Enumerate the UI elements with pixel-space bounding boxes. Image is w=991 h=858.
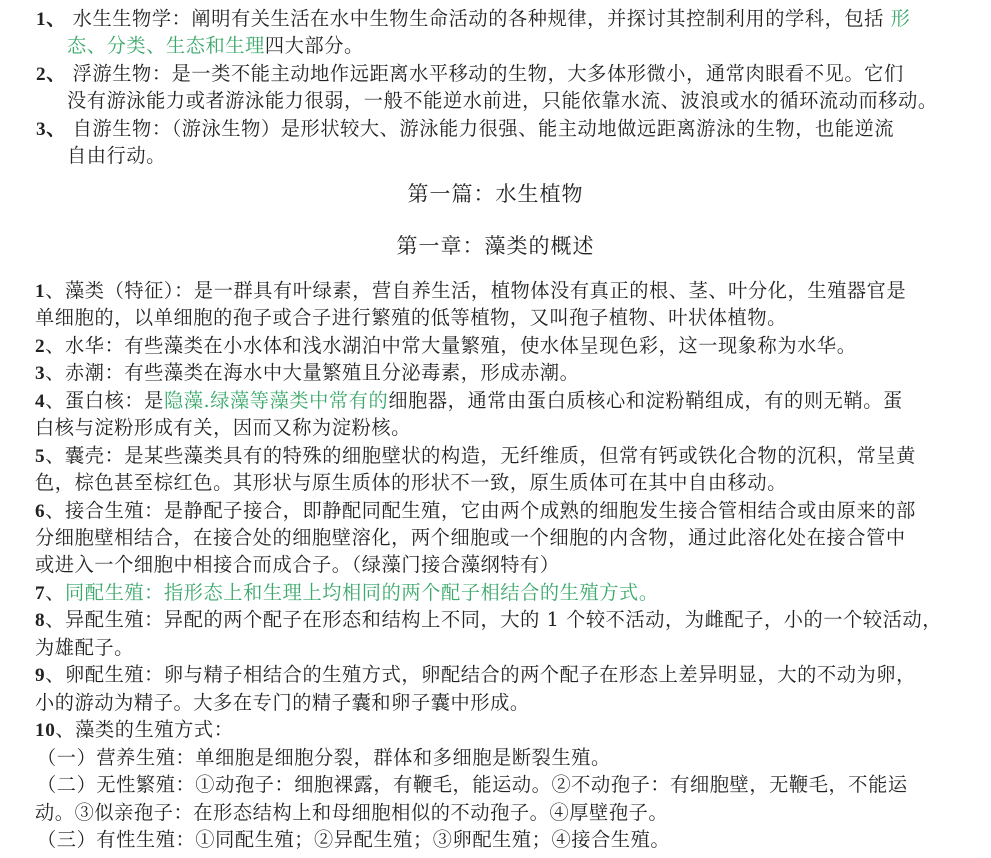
definition-1-line-1: 1、藻类（特征）：是一群具有叶绿素，营自养生活，植物体没有真正的根、茎、叶分化，… [35, 278, 906, 305]
item-number: 3、 [36, 119, 66, 140]
highlight-text: 态、分类、生态和生理 [67, 34, 265, 57]
text-run: 、异配生殖：异配的两个配子在形态和结构上不同，大的 1 个较不活动，为雌配子，小… [45, 608, 942, 631]
definition-9-line-1: 9、卵配生殖：卵与精子相结合的生殖方式，卵配结合的两个配子在形态上差异明显，大的… [35, 662, 916, 689]
text-run: 色，棕色甚至棕红色。其形状与原生质体的形状不一致，原生质体可在其中自由移动。 [35, 471, 787, 494]
text-run: 自游生物：（游泳生物）是形状较大、游泳能力很强、能主动地做远距离游泳的生物，也能… [66, 117, 894, 140]
intro-item-2-line-2: 没有游泳能力或者游泳能力很弱，一般不能逆水前进，只能依靠水流、波浪或水的循环流动… [67, 88, 938, 114]
text-run: 、赤潮：有些藻类在海水中大量繁殖且分泌毒素，形成赤潮。 [45, 361, 579, 384]
text-run: 白核与淀粉形成有关，因而又称为淀粉核。 [35, 416, 411, 439]
text-run: 、 [45, 581, 65, 604]
text-run: 四大部分。 [265, 34, 364, 57]
text-run: 、接合生殖：是静配子接合，即静配同配生殖，它由两个成熟的细胞发生接合管相结合或由… [45, 499, 916, 522]
cut-off-line [30, 851, 970, 858]
text-run: 、卵配生殖：卵与精子相结合的生殖方式，卵配结合的两个配子在形态上差异明显，大的不… [45, 663, 916, 686]
text-run: 为雄配子。 [35, 636, 134, 659]
definition-4-line-1: 4、蛋白核：是隐藻.绿藻等藻类中常有的细胞器，通常由蛋白质核心和淀粉鞘组成，有的… [35, 388, 903, 415]
chapter-title: 第一章：藻类的概述 [0, 232, 991, 260]
text-run: 、蛋白核：是 [45, 389, 164, 412]
text-run: 细胞器，通常由蛋白质核心和淀粉鞘组成，有的则无鞘。蛋 [388, 389, 902, 412]
reproduction-sexual: （三）有性生殖：①同配生殖；②异配生殖；③卵配生殖；④接合生殖。 [37, 827, 670, 853]
text-run: 分细胞壁相结合，在接合处的细胞壁溶化，两个细胞或一个细胞的内含物，通过此溶化处在… [35, 526, 906, 549]
text-run: 浮游生物：是一类不能主动地作远距离水平移动的生物，大多体形微小，通常肉眼看不见。… [66, 62, 904, 85]
item-number: 9 [35, 665, 45, 686]
text-run: 、藻类的生殖方式： [55, 718, 233, 741]
part-title: 第一篇：水生植物 [0, 180, 991, 208]
item-number: 3 [35, 363, 45, 384]
definition-6-line-2: 分细胞壁相结合，在接合处的细胞壁溶化，两个细胞或一个细胞的内含物，通过此溶化处在… [35, 525, 906, 551]
definition-8-line-1: 8、异配生殖：异配的两个配子在形态和结构上不同，大的 1 个较不活动，为雌配子，… [35, 607, 942, 634]
item-number: 8 [35, 610, 45, 631]
definition-1-line-2: 单细胞的，以单细胞的孢子或合子进行繁殖的低等植物，又叫孢子植物、叶状体植物。 [35, 305, 787, 331]
text-run: 、囊壳：是某些藻类具有的特殊的细胞壁状的构造，无纤维质，但常有钙或铁化合物的沉积… [45, 444, 916, 467]
item-number: 1 [35, 281, 45, 302]
definition-10: 10、藻类的生殖方式： [35, 717, 233, 744]
definition-7: 7、同配生殖：指形态上和生理上均相同的两个配子相结合的生殖方式。 [35, 580, 659, 607]
item-number: 4 [35, 391, 45, 412]
intro-item-1-line-2: 态、分类、生态和生理四大部分。 [67, 33, 364, 59]
text-run: 小的游动为精子。大多在专门的精子囊和卵子囊中形成。 [35, 691, 530, 714]
text-run: 、水华：有些藻类在小水体和浅水湖泊中常大量繁殖，使水体呈现色彩，这一现象称为水华… [45, 334, 856, 357]
document-page: 1、 水生生物学：阐明有关生活在水中生物生命活动的各种规律，并探讨其控制利用的学… [0, 0, 991, 858]
definition-4-line-2: 白核与淀粉形成有关，因而又称为淀粉核。 [35, 415, 411, 441]
definition-8-line-2: 为雄配子。 [35, 635, 134, 661]
definition-6-line-1: 6、接合生殖：是静配子接合，即静配同配生殖，它由两个成熟的细胞发生接合管相结合或… [35, 498, 916, 525]
intro-item-1-line-1: 1、 水生生物学：阐明有关生活在水中生物生命活动的各种规律，并探讨其控制利用的学… [36, 6, 910, 33]
text-run: 自由行动。 [67, 144, 166, 167]
text-run: 、藻类（特征）：是一群具有叶绿素，营自养生活，植物体没有真正的根、茎、叶分化，生… [45, 279, 906, 302]
intro-item-3-line-1: 3、 自游生物：（游泳生物）是形状较大、游泳能力很强、能主动地做远距离游泳的生物… [36, 116, 894, 143]
text-run: 单细胞的，以单细胞的孢子或合子进行繁殖的低等植物，又叫孢子植物、叶状体植物。 [35, 306, 787, 329]
text-run: 没有游泳能力或者游泳能力很弱，一般不能逆水前进，只能依靠水流、波浪或水的循环流动… [67, 89, 938, 112]
reproduction-asexual-line-1: （二）无性繁殖：①动孢子：细胞裸露，有鞭毛，能运动。②不动孢子：有细胞壁，无鞭毛… [37, 772, 908, 798]
definition-3: 3、赤潮：有些藻类在海水中大量繁殖且分泌毒素，形成赤潮。 [35, 360, 579, 387]
item-number: 2 [35, 336, 45, 357]
intro-item-3-line-2: 自由行动。 [67, 143, 166, 169]
definition-6-line-3: 或进入一个细胞中相接合而成合子。（绿藻门接合藻纲特有） [35, 552, 560, 578]
reproduction-asexual-line-2: 动。③似亲孢子：在形态结构上和母细胞相似的不动孢子。④厚壁孢子。 [35, 800, 668, 826]
definition-5-line-1: 5、囊壳：是某些藻类具有的特殊的细胞壁状的构造，无纤维质，但常有钙或铁化合物的沉… [35, 443, 916, 470]
definition-9-line-2: 小的游动为精子。大多在专门的精子囊和卵子囊中形成。 [35, 690, 530, 716]
item-number: 10 [35, 720, 55, 741]
highlight-text: 形 [891, 7, 911, 30]
highlight-text: 隐藻.绿藻等藻类中常有的 [164, 389, 388, 412]
reproduction-vegetative: （一）营养生殖：单细胞是细胞分裂，群体和多细胞是断裂生殖。 [37, 745, 611, 771]
item-number: 2、 [36, 64, 66, 85]
item-number: 5 [35, 446, 45, 467]
text-run: 或进入一个细胞中相接合而成合子。（绿藻门接合藻纲特有） [35, 553, 560, 576]
highlight-text: 同配生殖：指形态上和生理上均相同的两个配子相结合的生殖方式。 [65, 581, 659, 604]
text-run: 水生生物学：阐明有关生活在水中生物生命活动的各种规律，并探讨其控制利用的学科，包… [66, 7, 891, 30]
intro-item-2-line-1: 2、 浮游生物：是一类不能主动地作远距离水平移动的生物，大多体形微小，通常肉眼看… [36, 61, 904, 88]
item-number: 7 [35, 583, 45, 604]
definition-5-line-2: 色，棕色甚至棕红色。其形状与原生质体的形状不一致，原生质体可在其中自由移动。 [35, 470, 787, 496]
definition-2: 2、水华：有些藻类在小水体和浅水湖泊中常大量繁殖，使水体呈现色彩，这一现象称为水… [35, 333, 857, 360]
item-number: 6 [35, 501, 45, 522]
item-number: 1、 [36, 9, 66, 30]
